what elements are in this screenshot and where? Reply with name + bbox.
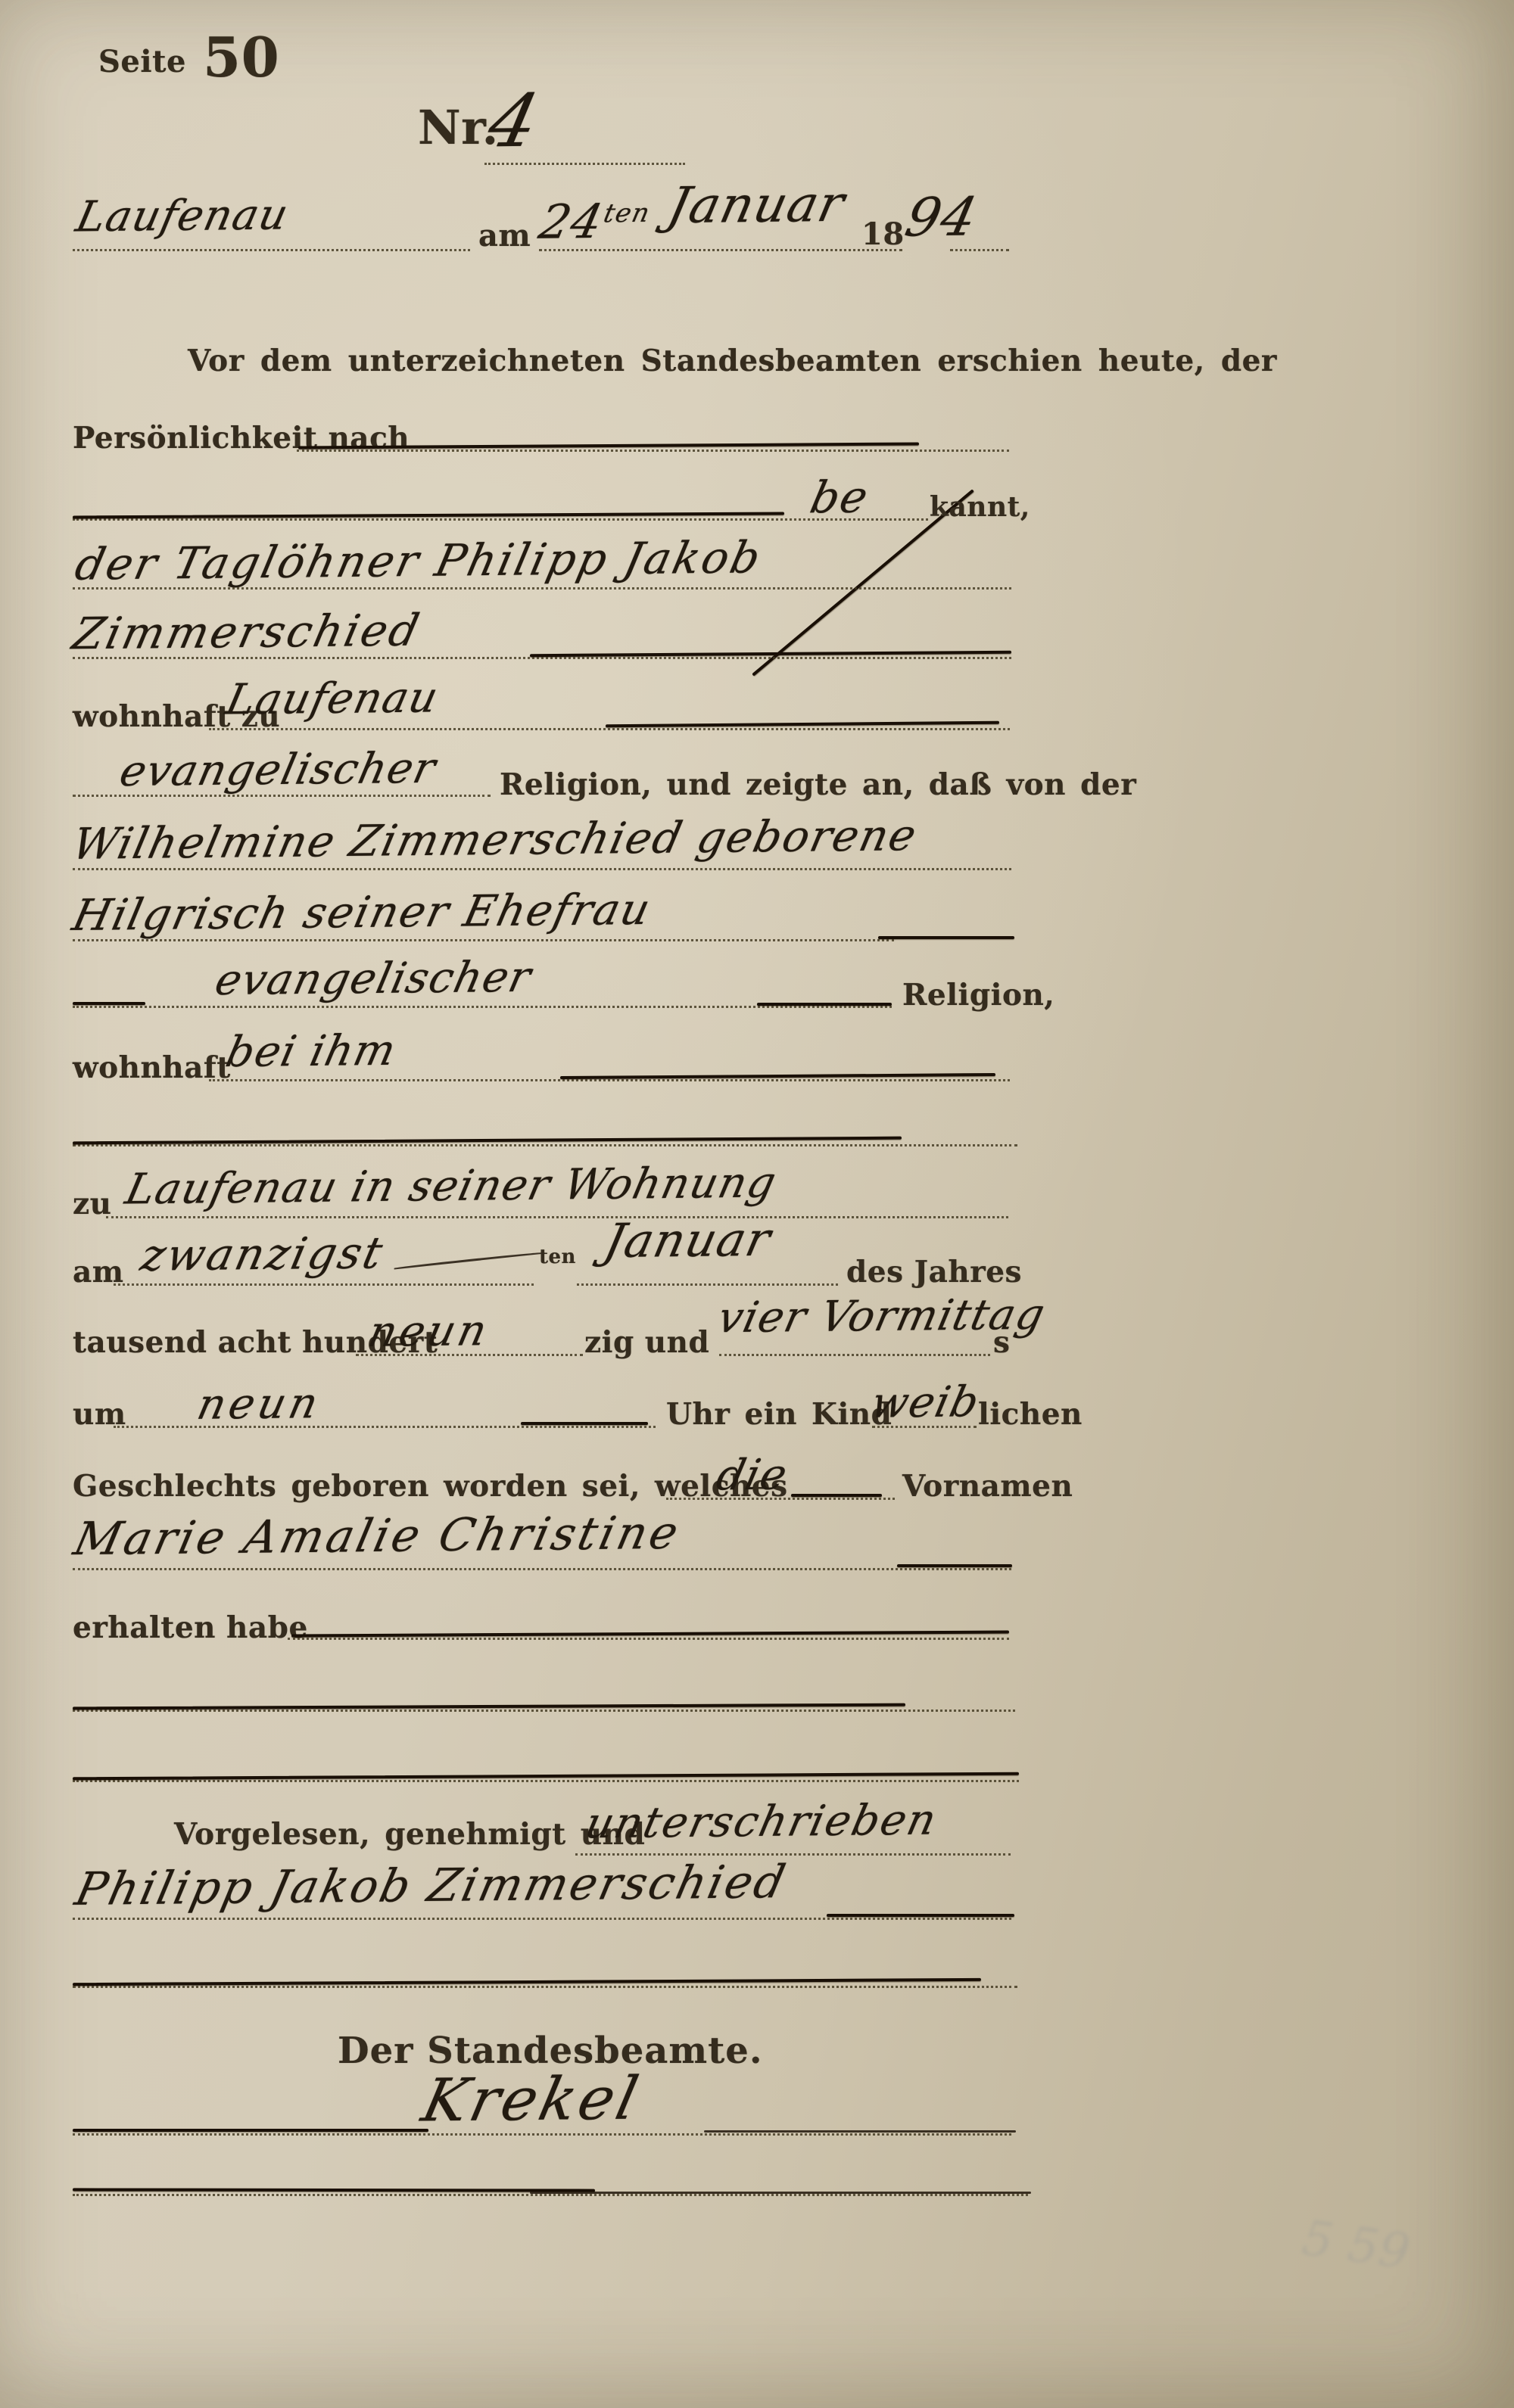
dateline-year: 94 <box>901 191 983 244</box>
ten-suffix-printed: ten <box>539 1247 576 1267</box>
residence-value: Laufenau <box>223 677 443 722</box>
religion-printed-text: Religion, und zeigte an, daß von der <box>500 770 1136 800</box>
ruled-line <box>575 1853 1011 1856</box>
religion2-printed: Religion, <box>902 981 1055 1010</box>
ruled-line <box>73 1986 1017 1988</box>
intro-text: Vor dem unterzeichneten Standesbeamten e… <box>188 347 1277 376</box>
official-signature: Krekel <box>417 2070 646 2131</box>
s-suffix-printed: s <box>993 1328 1010 1358</box>
document-page: Seite 50 Nr. 4 Laufenau am 24ten Januar … <box>0 0 1514 2408</box>
ruled-line <box>73 868 1011 870</box>
pen-stroke <box>73 1137 902 1145</box>
ruled-line <box>577 1283 838 1286</box>
zu-label: zu <box>73 1190 112 1219</box>
birth-day-value: zwanzigst <box>137 1230 388 1277</box>
ruled-line <box>73 249 470 251</box>
ruled-line <box>209 1079 1010 1081</box>
ruled-line <box>73 657 1011 659</box>
pen-stroke <box>757 1003 892 1006</box>
mother-residence-value: bei ihm <box>223 1030 400 1074</box>
ruled-line <box>356 1354 583 1356</box>
ruled-line <box>73 1568 1011 1570</box>
father-religion-value: evangelischer <box>116 748 440 793</box>
pen-stroke <box>704 2130 1016 2133</box>
hour-value: neun <box>194 1383 326 1426</box>
ruled-line <box>106 1216 1008 1218</box>
pen-flourish <box>394 1252 544 1270</box>
pen-stroke <box>827 1914 1014 1917</box>
wohnhaft-label: wohnhaft <box>73 1053 231 1083</box>
mother-name-line2: Hilgrisch seiner Ehefrau <box>69 888 656 938</box>
dateline-day-suffix: ten <box>601 198 653 229</box>
dateline-am-label: am <box>478 221 531 251</box>
bekannt-printed: kannt, <box>930 493 1030 521</box>
vornamen-label: Vornamen <box>902 1472 1073 1501</box>
dateline-place: Laufenau <box>73 194 293 239</box>
page-label: Seite <box>98 47 186 77</box>
dateline-month: Januar <box>663 179 849 231</box>
ruled-line <box>73 1006 892 1008</box>
declarant-name-line2: Zimmerschied <box>69 608 425 656</box>
pen-stroke <box>791 1494 882 1497</box>
erhalten-habe-label: erhalten habe <box>73 1613 308 1643</box>
ruled-line <box>73 587 1011 590</box>
ruled-line <box>73 939 894 941</box>
ruled-line <box>73 1710 1015 1712</box>
bleed-through-ghost: 5 59 <box>1299 2210 1413 2280</box>
ruled-line <box>950 249 1009 251</box>
mother-name-line1: Wilhelmine Zimmerschied geborene <box>68 814 921 866</box>
ruled-line <box>719 1354 990 1356</box>
birth-place-value: Laufenau in seiner Wohnung <box>122 1162 780 1212</box>
ruled-line <box>73 1144 1017 1146</box>
ruled-line <box>666 1498 895 1500</box>
ruled-line <box>872 1426 977 1428</box>
pen-stroke <box>560 1073 995 1079</box>
ruled-line <box>73 518 928 521</box>
unterschrieben-value: unterschrieben <box>581 1800 941 1846</box>
ruled-line <box>114 1426 656 1428</box>
ruled-line <box>73 1780 1019 1782</box>
page-number: 50 <box>203 30 279 85</box>
ruled-line <box>288 1638 1009 1640</box>
pen-stroke <box>897 1564 1012 1567</box>
child-name-value: Marie Amalie Christine <box>70 1510 684 1562</box>
record-number-value: 4 <box>482 85 546 158</box>
pen-stroke <box>291 1631 1009 1638</box>
declarant-signature: Philipp Jakob Zimmerschied <box>71 1859 791 1912</box>
lichen-label: lichen <box>978 1400 1083 1430</box>
dateline-century: 18 <box>861 219 905 250</box>
des-jahres-label: des Jahres <box>846 1258 1022 1287</box>
uhr-ein-kind-label: Uhr ein Kind <box>666 1400 892 1430</box>
pen-stroke <box>73 2129 428 2132</box>
ruled-line <box>484 163 685 165</box>
ruled-line <box>209 728 1010 730</box>
bekannt-handwritten-prefix: be <box>807 475 873 520</box>
official-title: Der Standesbeamte. <box>338 2033 763 2069</box>
pen-stroke <box>521 1422 648 1425</box>
vorgelesen-label: Vorgelesen, genehmigt und <box>174 1820 645 1850</box>
ruled-line <box>297 450 1009 452</box>
pen-stroke <box>73 1772 1019 1781</box>
mother-religion-value: evangelischer <box>211 957 535 1002</box>
ruled-line <box>73 1918 1011 1920</box>
pen-stroke <box>73 1978 981 1986</box>
sex-value: weib <box>868 1381 984 1424</box>
birth-month-value: Januar <box>600 1216 775 1265</box>
pen-stroke <box>530 2192 1031 2194</box>
die-value: die <box>713 1454 792 1498</box>
ruled-line <box>539 249 902 251</box>
pen-stroke <box>878 936 1014 939</box>
year-decade-value: neun <box>365 1310 494 1354</box>
pen-stroke <box>530 651 1011 657</box>
declarant-name-line1: der Taglöhner Philipp Jakob <box>72 535 767 586</box>
ruled-line <box>73 2133 1011 2136</box>
pen-stroke <box>73 2188 595 2192</box>
ruled-line <box>73 2194 1028 2196</box>
pen-stroke <box>606 721 999 728</box>
ruled-line <box>114 1283 534 1286</box>
pen-stroke <box>73 1002 145 1005</box>
dateline-day: 24ten <box>535 198 653 245</box>
zig-und-label: zig und <box>584 1328 709 1358</box>
